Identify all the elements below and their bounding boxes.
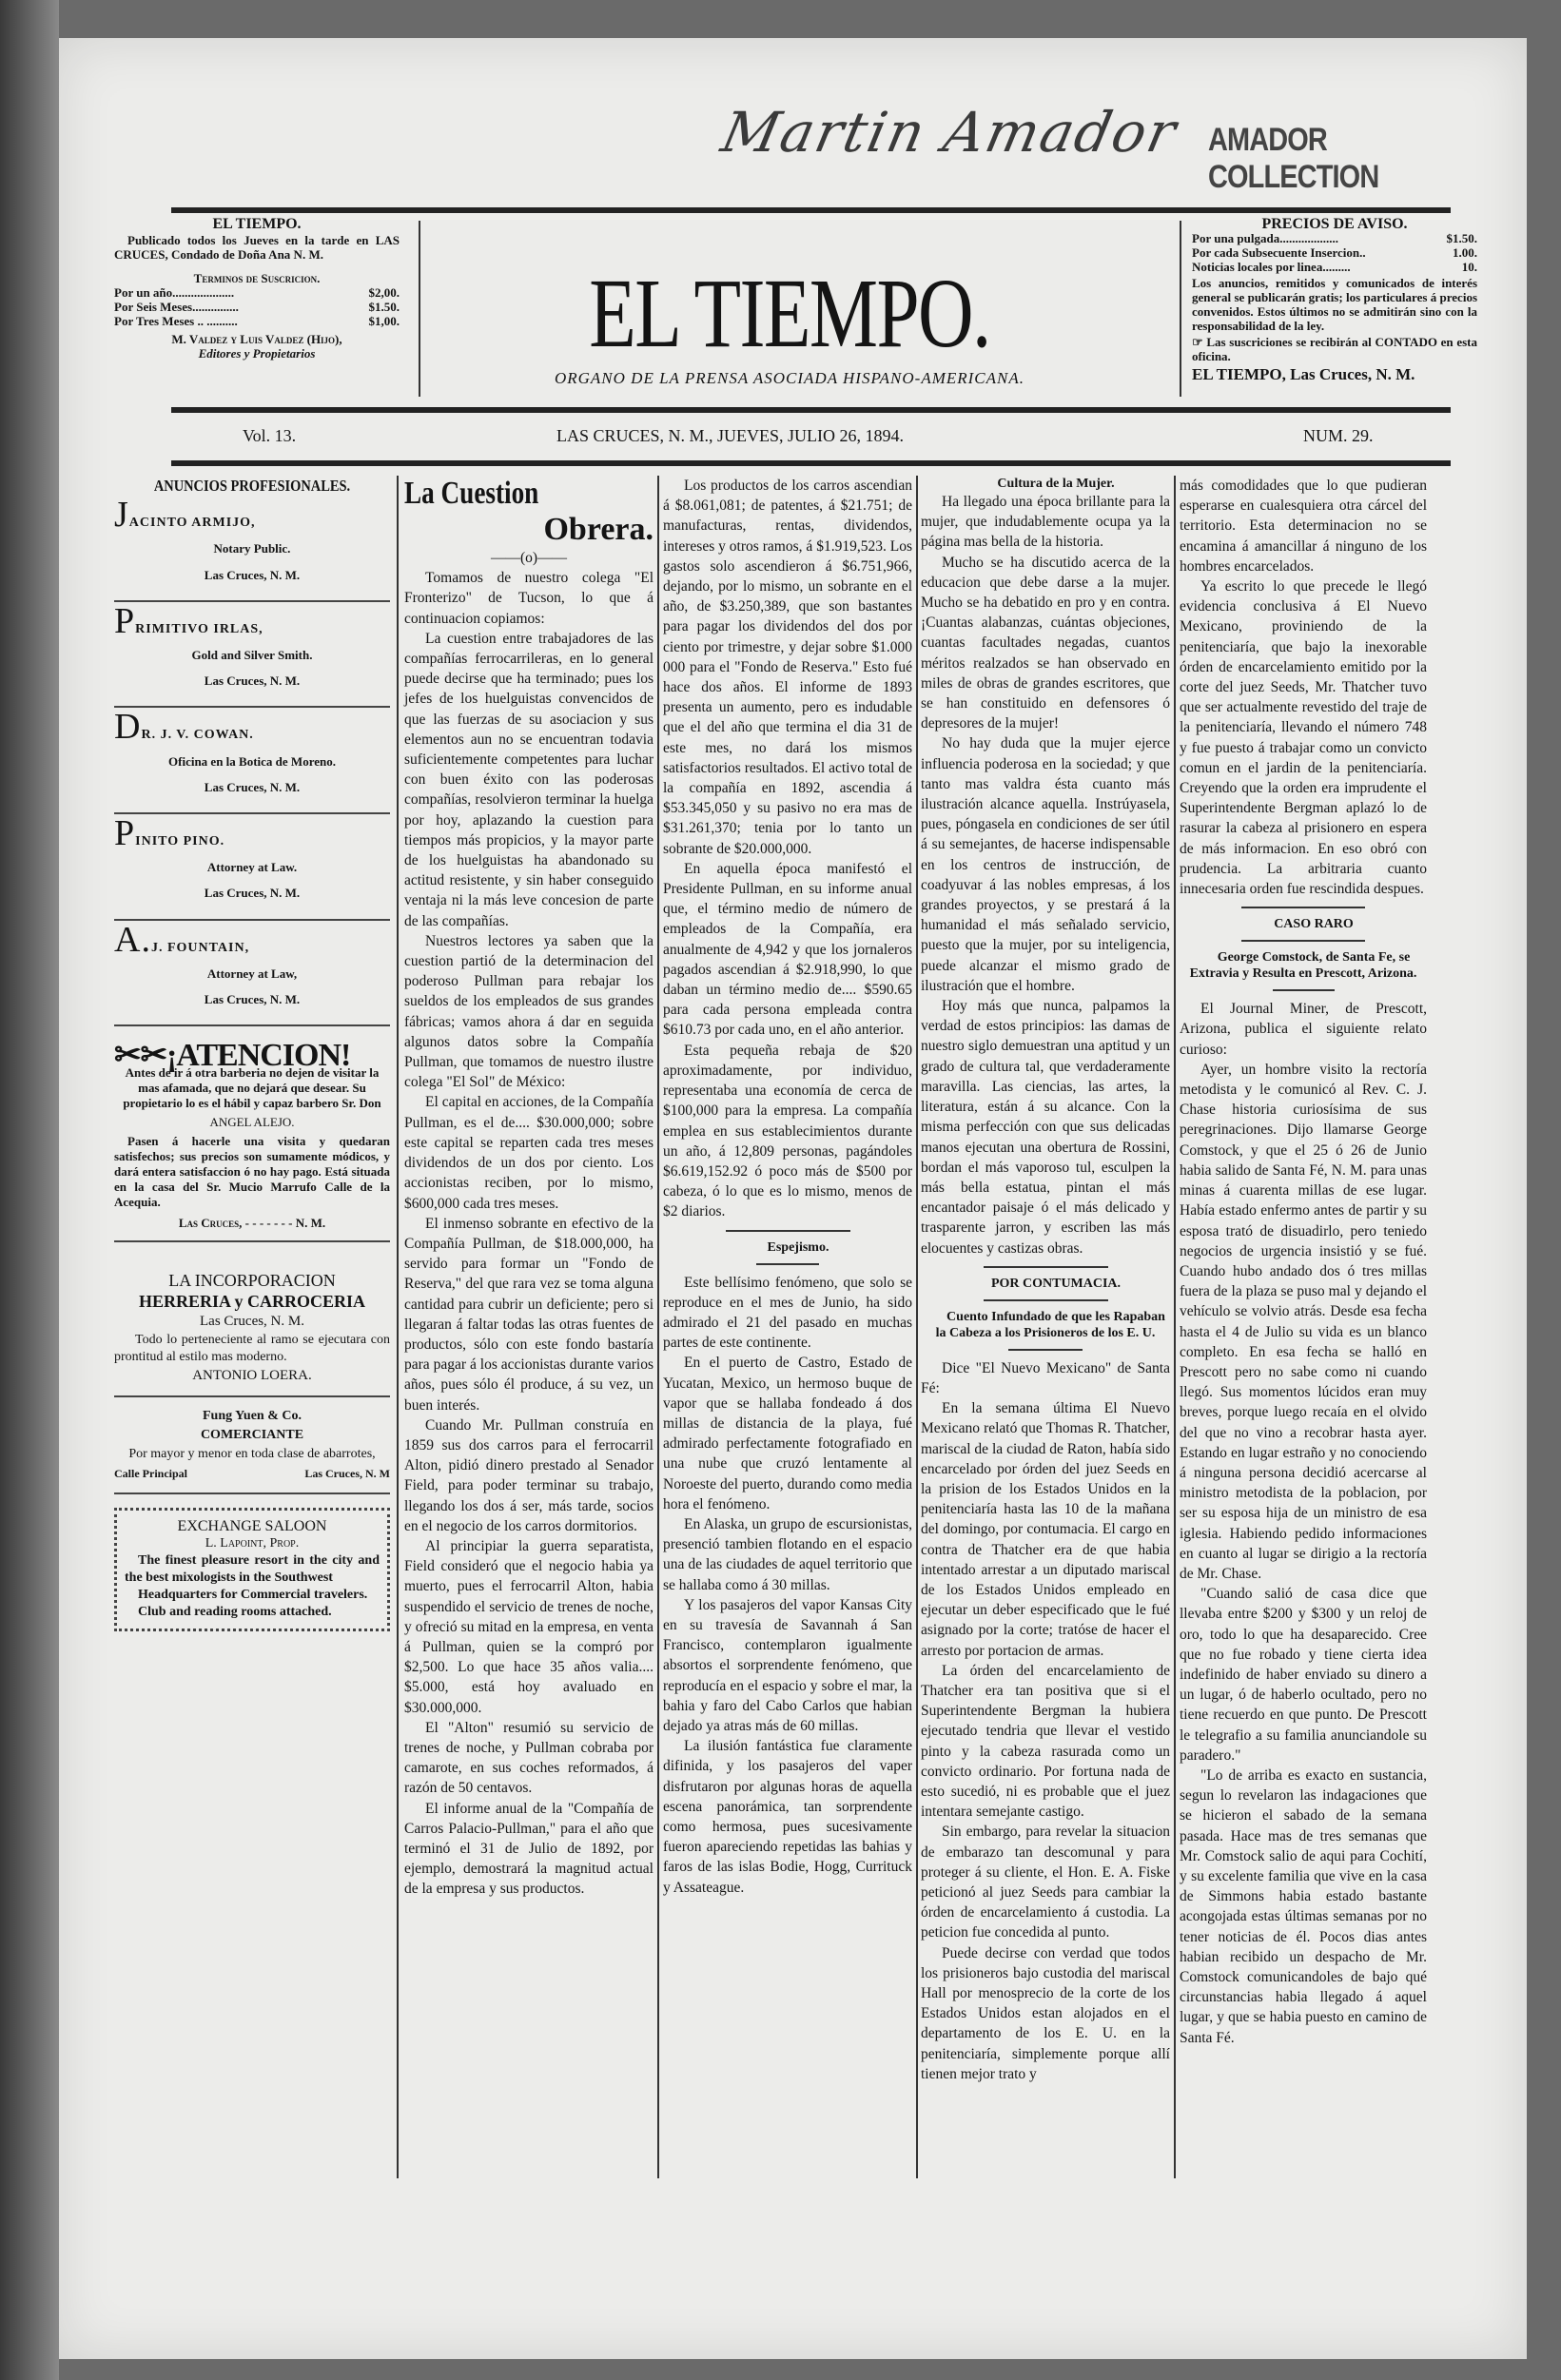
grocer-ad: Fung Yuen & Co. COMERCIANTE Por mayor y …: [114, 1397, 390, 1494]
column-rule: [1174, 476, 1176, 2178]
ads-section-title: ANUNCIOS PROFESIONALES.: [135, 476, 370, 496]
blacksmith-ad: LA INCORPORACION HERRERIA y CARROCERIA L…: [114, 1242, 390, 1397]
divider: [984, 1299, 1108, 1301]
barber-ad: ✂✂¡ATENCION! Antes de ir á otra barberia…: [114, 1026, 390, 1242]
advertising-note: Los anuncios, remitidos y comunicados de…: [1192, 276, 1477, 333]
advertising-rates-box: PRECIOS DE AVISO. Por una pulgada.......…: [1192, 217, 1477, 381]
article-headline: Obrera.: [404, 512, 654, 548]
ad-card: JACINTO ARMIJO, Notary Public. Las Cruce…: [114, 496, 390, 602]
handwritten-signature: Martin Amador: [716, 100, 1183, 165]
subscription-box-title: EL TIEMPO.: [114, 217, 400, 231]
place-and-date: LAS CRUCES, N. M., JUEVES, JULIO 26, 189…: [556, 426, 904, 446]
article-subheadline: George Comstock, de Santa Fe, se Extravi…: [1180, 949, 1427, 982]
masthead-bottom-rule: [171, 407, 1451, 413]
price-row: Por un año....................$2,00.: [114, 285, 400, 300]
column-rule: [397, 476, 399, 2178]
newspaper-title: EL TIEMPO.: [508, 257, 1072, 370]
article-column-3: Los productos de los carros ascendian á …: [663, 476, 912, 1898]
subscription-box: EL TIEMPO. Publicado todos los Jueves en…: [114, 217, 400, 361]
office-footer: EL TIEMPO, Las Cruces, N. M.: [1192, 367, 1477, 381]
divider: [1008, 1349, 1083, 1351]
rate-row: Noticias locales por linea.........10.: [1192, 260, 1477, 274]
column-rule: [916, 476, 918, 2178]
ad-card: PRIMITIVO IRLAS, Gold and Silver Smith. …: [114, 602, 390, 709]
article-column-5: más comodidades que lo que pudieran espe…: [1180, 476, 1427, 2048]
divider: [1241, 940, 1365, 942]
article-column-4: Cultura de la Mujer. Ha llegado una époc…: [921, 476, 1170, 2084]
article-headline: POR CONTUMACIA.: [921, 1276, 1170, 1292]
masthead-top-rule: [171, 207, 1451, 213]
rate-row: Por cada Subsecuente Insercion..1.00.: [1192, 245, 1477, 260]
price-row: Por Tres Meses .. ..........$1,00.: [114, 314, 400, 328]
divider: [756, 1263, 819, 1265]
divider: [984, 1266, 1108, 1268]
divider: [726, 1230, 850, 1232]
newspaper-subtitle: ORGANO DE LA PRENSA ASOCIADA HISPANO-AME…: [428, 369, 1151, 388]
column-rule: [657, 476, 659, 2178]
editors: M. Valdez y Luis Valdez (Hijo),: [114, 332, 400, 346]
editors-role: Editores y Propietarios: [114, 346, 400, 361]
article-headline: Cultura de la Mujer.: [921, 476, 1170, 492]
advertising-rates-title: PRECIOS DE AVISO.: [1192, 217, 1477, 231]
divider: [1273, 989, 1335, 991]
divider: [1241, 907, 1365, 908]
rate-row: Por una pulgada...................$1.50.: [1192, 231, 1477, 245]
volume-number: Vol. 13.: [243, 426, 296, 446]
article-headline: CASO RARO: [1180, 916, 1427, 932]
collection-stamp: AMADOR COLLECTION: [1208, 122, 1479, 196]
article-subheadline: Cuento Infundado de que les Rapaban la C…: [921, 1309, 1170, 1341]
article-headline: Espejismo.: [663, 1239, 912, 1256]
saloon-ad: EXCHANGE SALOON L. Lapoint, Prop. The fi…: [114, 1508, 390, 1631]
ad-card: PINITO PINO. Attorney at Law. Las Cruces…: [114, 814, 390, 921]
publication-info: Publicado todos los Jueves en la tarde e…: [114, 233, 400, 262]
professional-ads-column: ANUNCIOS PROFESIONALES. JACINTO ARMIJO, …: [114, 476, 390, 1631]
dateline-rule: [171, 460, 1451, 466]
masthead-divider-left: [419, 221, 420, 397]
subscription-terms-header: Terminos de Suscricion.: [114, 271, 400, 285]
article-headline: La Cuestion: [404, 476, 604, 512]
subscription-note: ☞ Las suscriciones se recibirán al CONTA…: [1192, 335, 1477, 363]
price-row: Por Seis Meses...............$1.50.: [114, 300, 400, 314]
masthead-divider-right: [1180, 221, 1181, 397]
article-cuestion-obrera: La Cuestion Obrera. ——(o)—— Tomamos de n…: [404, 476, 654, 1900]
issue-number: NUM. 29.: [1303, 426, 1374, 446]
ornament-divider: ——(o)——: [404, 548, 654, 568]
ad-card: A.J. FOUNTAIN, Attorney at Law, Las Cruc…: [114, 921, 390, 1027]
ad-card: DR. J. V. COWAN. Oficina en la Botica de…: [114, 708, 390, 814]
